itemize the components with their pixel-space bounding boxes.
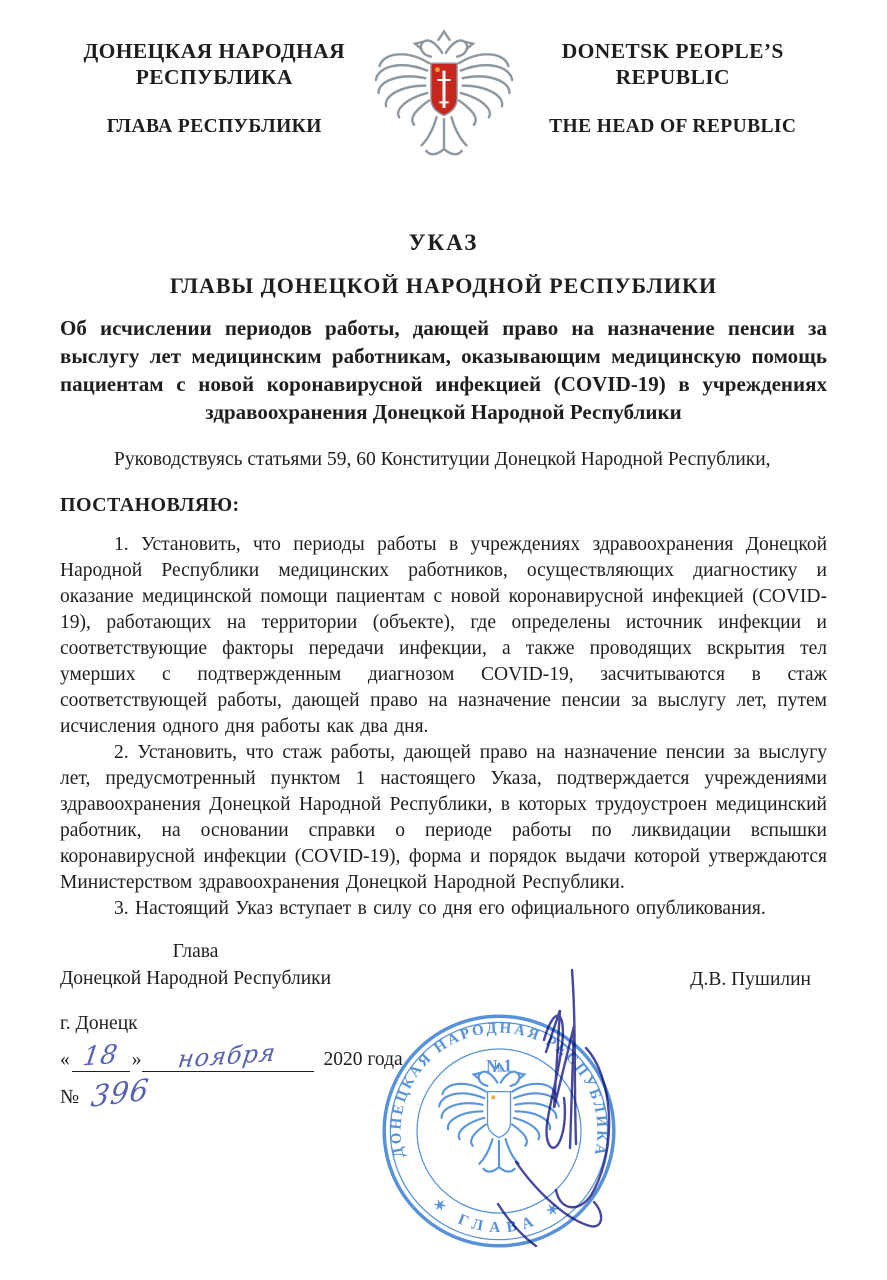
org-name-ru-line2: РЕСПУБЛИКА [60, 64, 369, 90]
resolution-word: ПОСТАНОВЛЯЮ: [60, 494, 827, 517]
date-day-blank: 18 [72, 1045, 130, 1072]
org-name-ru-line1: ДОНЕЦКАЯ НАРОДНАЯ [60, 38, 369, 64]
handwritten-decree-number: 396 [90, 1078, 151, 1108]
office-title-ru: ГЛАВА РЕСПУБЛИКИ [60, 116, 369, 138]
quote-open: « [60, 1049, 70, 1072]
date-month-blank: ноября [142, 1045, 314, 1072]
decree-document-page: ДОНЕЦКАЯ НАРОДНАЯ РЕСПУБЛИКА ГЛАВА РЕСПУ… [0, 0, 887, 1280]
letterhead: ДОНЕЦКАЯ НАРОДНАЯ РЕСПУБЛИКА ГЛАВА РЕСПУ… [60, 24, 827, 164]
doc-issuer-title: ГЛАВЫ ДОНЕЦКОЙ НАРОДНОЙ РЕСПУБЛИКИ [60, 273, 827, 299]
letterhead-russian-block: ДОНЕЦКАЯ НАРОДНАЯ РЕСПУБЛИКА ГЛАВА РЕСПУ… [60, 24, 369, 138]
decree-paragraph-2: 2. Установить, что стаж работы, дающей п… [60, 740, 827, 896]
signer-post-line1: Глава [60, 938, 331, 965]
decree-paragraph-1: 1. Установить, что периоды работы в учре… [60, 532, 827, 740]
decree-paragraph-3: 3. Настоящий Указ вступает в силу со дня… [60, 896, 827, 922]
handwritten-month: ноября [177, 1041, 278, 1070]
letterhead-english-block: DONETSK PEOPLE’S REPUBLIC THE HEAD OF RE… [519, 24, 828, 138]
ink-signature [488, 952, 688, 1272]
coat-of-arms [369, 24, 519, 164]
signer-post: Глава Донецкой Народной Республики [60, 938, 331, 992]
decree-paragraphs: 1. Установить, что периоды работы в учре… [60, 532, 827, 922]
number-sign: № [60, 1086, 79, 1109]
signer-name: Д.В. Пушилин [690, 969, 827, 992]
org-name-en-line1: DONETSK PEOPLE’S [519, 38, 828, 64]
signer-post-line2: Донецкой Народной Республики [60, 965, 331, 992]
quote-close: » [132, 1049, 142, 1072]
office-title-en: THE HEAD OF REPUBLIC [519, 116, 828, 138]
doc-subject-title: Об исчислении периодов работы, дающей пр… [60, 314, 827, 426]
doc-type-title: УКАЗ [60, 230, 827, 256]
dnr-coat-of-arms-icon [369, 24, 519, 164]
handwritten-day: 18 [82, 1044, 120, 1069]
preamble-text: Руководствуясь статьями 59, 60 Конституц… [60, 447, 827, 473]
org-name-en-line2: REPUBLIC [519, 64, 828, 90]
